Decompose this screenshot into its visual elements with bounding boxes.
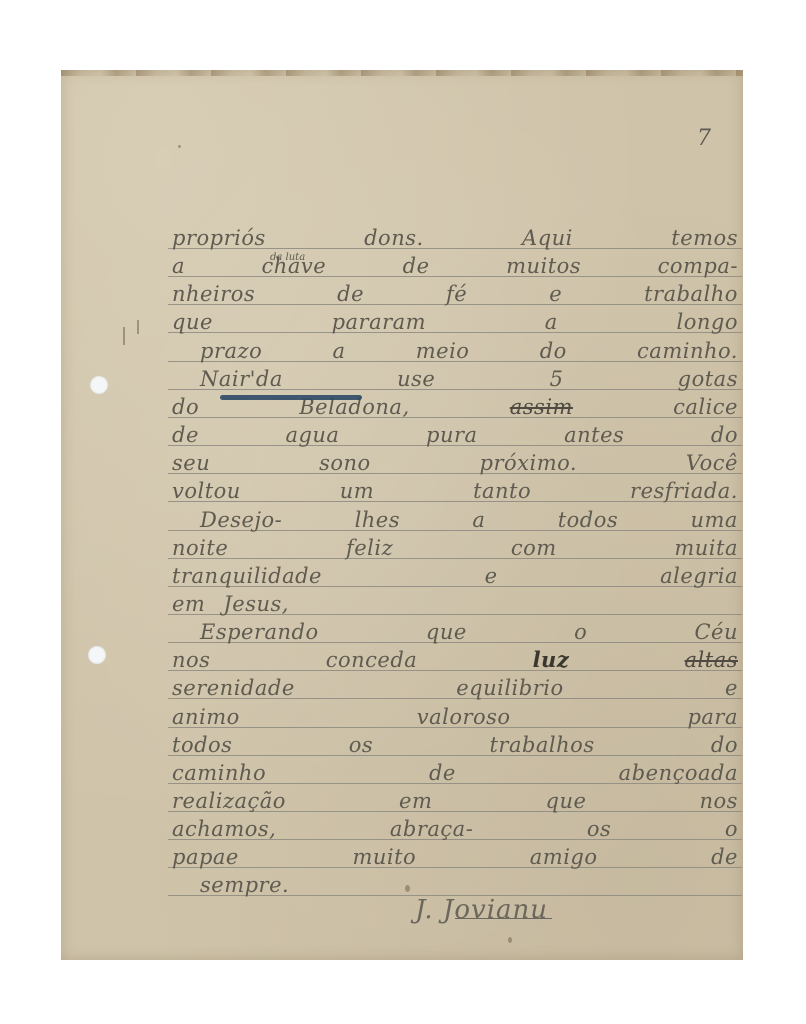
word: e [725, 676, 738, 700]
word: longo [677, 310, 738, 334]
word: de [337, 282, 364, 306]
word: conceda [326, 648, 418, 672]
word: noite [172, 536, 228, 560]
word: do [540, 339, 567, 363]
word: Nair'da [200, 367, 283, 391]
text-line: quepararamalongo [172, 306, 738, 334]
word: meio [416, 339, 470, 363]
word: nheiros [172, 282, 255, 306]
word: antes [564, 423, 624, 447]
word: resfriada. [630, 479, 738, 503]
word: o [725, 817, 738, 841]
word: muitos [506, 254, 581, 278]
word: do [711, 733, 738, 757]
word: os [587, 817, 611, 841]
word: equilibrio [456, 676, 563, 700]
word: em [399, 789, 432, 813]
text-line: sempre. [172, 869, 766, 897]
word: que [546, 789, 587, 813]
word: Céu [694, 620, 738, 644]
word: prazo [200, 339, 262, 363]
text-line: propriósdons.Aquitemos [172, 222, 738, 250]
word: uma [690, 508, 737, 532]
word: a [172, 254, 185, 278]
word: sempre. [200, 873, 289, 897]
margin-pencil-mark [123, 327, 125, 345]
word: achamos, [172, 817, 276, 841]
word: sono [319, 451, 371, 475]
word: em [172, 592, 205, 616]
word: todos [172, 733, 232, 757]
word: temos [671, 226, 738, 250]
word: valoroso [417, 705, 511, 729]
word: nos [700, 789, 738, 813]
text-line: animovalorosopara [172, 701, 738, 729]
word: muito [352, 845, 416, 869]
word: de [403, 254, 430, 278]
word: trabalhos [489, 733, 594, 757]
word: Você [686, 451, 738, 475]
word: calice [673, 395, 738, 419]
text-line: todosostrabalhosdo [172, 729, 738, 757]
word: de [172, 423, 199, 447]
word: use [397, 367, 435, 391]
word: assim [510, 395, 573, 419]
text-line: nheirosdeféetrabalho [172, 278, 738, 306]
word: animo [172, 705, 240, 729]
word: pararam [332, 310, 427, 334]
text-line: deaguapuraantesdo [172, 419, 738, 447]
text-line: achavedemuitoscompa- [172, 250, 738, 278]
word: os [349, 733, 373, 757]
word: tranquilidade [172, 564, 322, 588]
word: um [340, 479, 374, 503]
word: do [172, 395, 199, 419]
word: alegria [660, 564, 738, 588]
word: trabalho [644, 282, 738, 306]
top-edge-stain [61, 70, 743, 76]
word: nos [172, 648, 210, 672]
text-line: seusonopróximo.Você [172, 447, 738, 475]
word: tanto [473, 479, 531, 503]
word: com [511, 536, 557, 560]
text-line: Desejo-lhesatodosuma [172, 504, 738, 532]
word: abraça- [390, 817, 473, 841]
text-line: emJesus, [172, 588, 738, 616]
text-line: papaemuitoamigode [172, 841, 738, 869]
word: 5 [550, 367, 564, 391]
word: agua [285, 423, 339, 447]
word: a [545, 310, 558, 334]
word: lhes [355, 508, 400, 532]
word: para [687, 705, 738, 729]
word: o [574, 620, 587, 644]
punch-hole-lower [88, 646, 106, 664]
word: fé [446, 282, 467, 306]
text-line: tranquilidadeealegria [172, 560, 738, 588]
word: dons. [364, 226, 424, 250]
word: propriós [172, 226, 266, 250]
word: de [711, 845, 738, 869]
word: Desejo- [200, 508, 282, 532]
word: de [429, 761, 456, 785]
text-line: Nair'dause5gotas [172, 363, 738, 391]
word: e [549, 282, 562, 306]
paper-spot [178, 145, 181, 148]
word: próximo. [480, 451, 578, 475]
word: a [472, 508, 485, 532]
text-line: EsperandoqueoCéu [172, 616, 738, 644]
word: seu [172, 451, 210, 475]
signature: J. Jovianu [415, 895, 548, 925]
word: que [172, 310, 213, 334]
text-line: nosconcedaluzaltas [172, 644, 738, 672]
word: a [332, 339, 345, 363]
margin-pencil-mark [137, 320, 139, 334]
paper-spot [508, 937, 512, 943]
page-number: 7 [697, 126, 711, 151]
word: serenidade [172, 676, 295, 700]
word: altas [685, 648, 738, 672]
word: gotas [678, 367, 738, 391]
punch-hole-upper [90, 376, 108, 394]
text-line: voltouumtantoresfriada. [172, 475, 738, 503]
word: caminho [172, 761, 266, 785]
text-line: prazoameiodocaminho. [172, 335, 738, 363]
blue-ink-underline [220, 395, 362, 400]
text-line: noitefelizcommuita [172, 532, 738, 560]
word: caminho. [637, 339, 738, 363]
word: Aqui [522, 226, 573, 250]
word: abençoada [619, 761, 738, 785]
word: e [485, 564, 498, 588]
text-line: realizaçãoemquenos [172, 785, 738, 813]
word: feliz [346, 536, 393, 560]
word: muita [674, 536, 738, 560]
word: amigo [530, 845, 598, 869]
text-line: caminhodeabençoada [172, 757, 738, 785]
word: pura [426, 423, 478, 447]
text-line: serenidadeequilibrioe [172, 672, 738, 700]
interlinear-insert: da luta [270, 252, 305, 263]
word: do [711, 423, 738, 447]
word: voltou [172, 479, 241, 503]
word: compa- [658, 254, 738, 278]
word: que [426, 620, 467, 644]
word: luz [533, 648, 570, 672]
word: Esperando [200, 620, 319, 644]
word: realização [172, 789, 286, 813]
text-line: achamos,abraça-oso [172, 813, 738, 841]
word: papae [172, 845, 239, 869]
word: todos [558, 508, 618, 532]
word: Jesus, [223, 592, 289, 616]
